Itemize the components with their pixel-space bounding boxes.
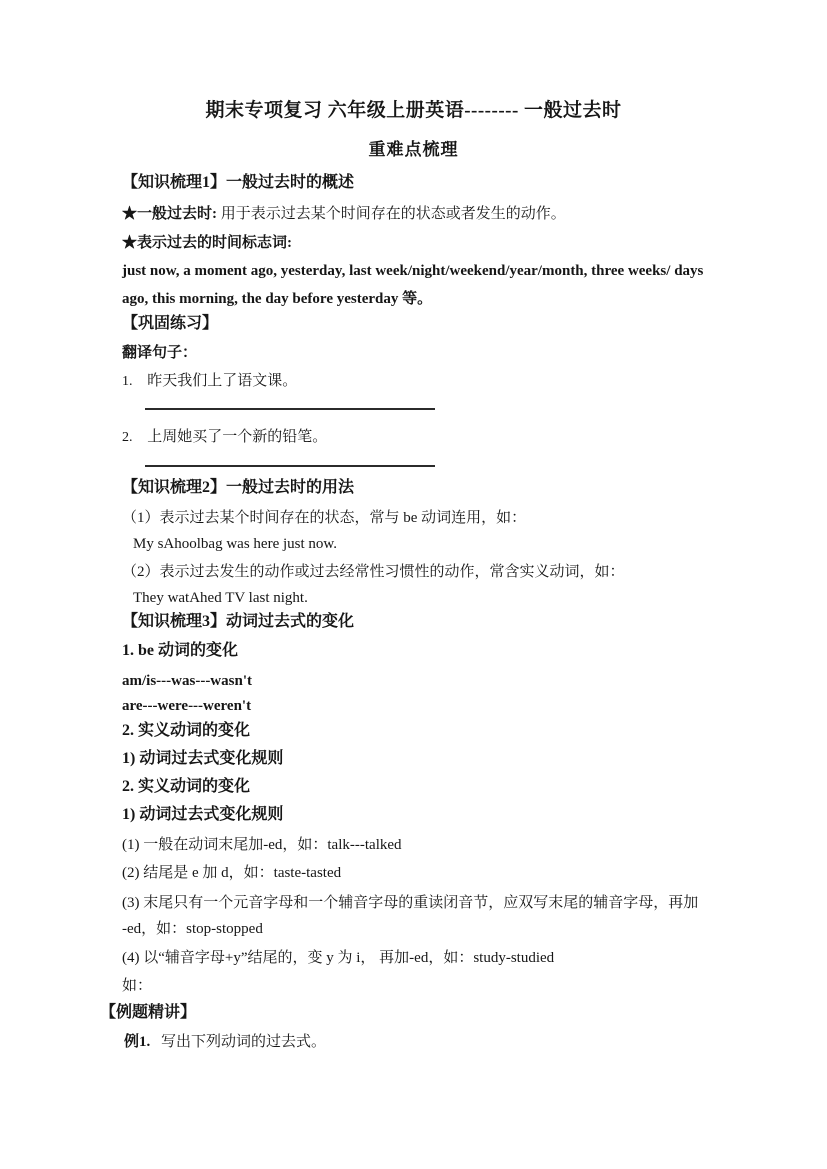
- usage-2: （2）表示过去发生的动作或过去经常性习惯性的动作，常含实义动词，如：: [122, 562, 625, 582]
- example-1-text: 写出下列动词的过去式。: [161, 1034, 326, 1050]
- worksheet-page: 期末专项复习 六年级上册英语-------- 一般过去时 重难点梳理 【知识梳理…: [0, 0, 827, 1169]
- rule-heading-2: 1) 动词过去式变化规则: [122, 805, 283, 825]
- be-verb-heading: 1. be 动词的变化: [122, 641, 238, 661]
- term-text: 用于表示过去某个时间存在的状态或者发生的动作。: [221, 206, 566, 222]
- section2-heading: 【知识梳理2】一般过去时的用法: [122, 478, 354, 498]
- be-form-1: am/is---was---wasn't: [122, 671, 252, 691]
- item-number: 2.: [122, 428, 133, 448]
- usage-1: （1）表示过去某个时间存在的状态，常与 be 动词连用，如：: [122, 508, 526, 528]
- rule-example-label: 如：: [122, 976, 152, 996]
- rule-2: (2) 结尾是 e 加 d，如：taste-tasted: [122, 863, 341, 883]
- rule-1: (1) 一般在动词末尾加-ed，如：talk---talked: [122, 835, 402, 855]
- answer-blank-line-2: [145, 465, 435, 467]
- time-markers-line1: just now, a moment ago, yesterday, last …: [122, 261, 703, 281]
- example-1: 例1. 写出下列动词的过去式。: [124, 1032, 326, 1052]
- time-markers-line2: ago, this morning, the day before yester…: [122, 289, 432, 309]
- translate-label: 翻译句子：: [122, 343, 197, 363]
- translate-item-2: 2. 上周她买了一个新的铅笔。: [122, 427, 327, 448]
- notional-verb-heading-1: 2. 实义动词的变化: [122, 721, 250, 741]
- item-number: 1.: [122, 372, 133, 392]
- rule-3-line1: (3) 末尾只有一个元音字母和一个辅音字母的重读闭音节，应双写末尾的辅音字母，再…: [122, 893, 698, 913]
- section1-heading: 【知识梳理1】一般过去时的概述: [122, 173, 354, 193]
- examples-heading: 【例题精讲】: [100, 1003, 196, 1023]
- example-1-label: 例1.: [124, 1034, 150, 1050]
- usage-example-2: They watAhed TV last night.: [133, 588, 308, 608]
- term-label: ★一般过去时:: [122, 206, 217, 222]
- be-form-2: are---were---weren't: [122, 696, 251, 716]
- rule-4: (4) 以“辅音字母+y”结尾的，变 y 为 i， 再加-ed，如：study-…: [122, 948, 554, 968]
- doc-title: 期末专项复习 六年级上册英语-------- 一般过去时: [0, 101, 827, 121]
- term-definition-line: ★一般过去时: 用于表示过去某个时间存在的状态或者发生的动作。: [122, 204, 566, 224]
- item-text: 上周她买了一个新的铅笔。: [147, 429, 327, 445]
- practice-heading: 【巩固练习】: [122, 314, 218, 334]
- item-text: 昨天我们上了语文课。: [147, 373, 297, 389]
- translate-item-1: 1. 昨天我们上了语文课。: [122, 371, 297, 392]
- notional-verb-heading-2: 2. 实义动词的变化: [122, 777, 250, 797]
- rule-3-line2: -ed，如：stop-stopped: [122, 919, 263, 939]
- time-markers-label: ★表示过去的时间标志词:: [122, 233, 292, 253]
- doc-subtitle: 重难点梳理: [0, 140, 827, 160]
- answer-blank-line-1: [145, 408, 435, 410]
- rule-heading-1: 1) 动词过去式变化规则: [122, 749, 283, 769]
- section3-heading: 【知识梳理3】动词过去式的变化: [122, 612, 354, 632]
- usage-example-1: My sAhoolbag was here just now.: [133, 534, 337, 554]
